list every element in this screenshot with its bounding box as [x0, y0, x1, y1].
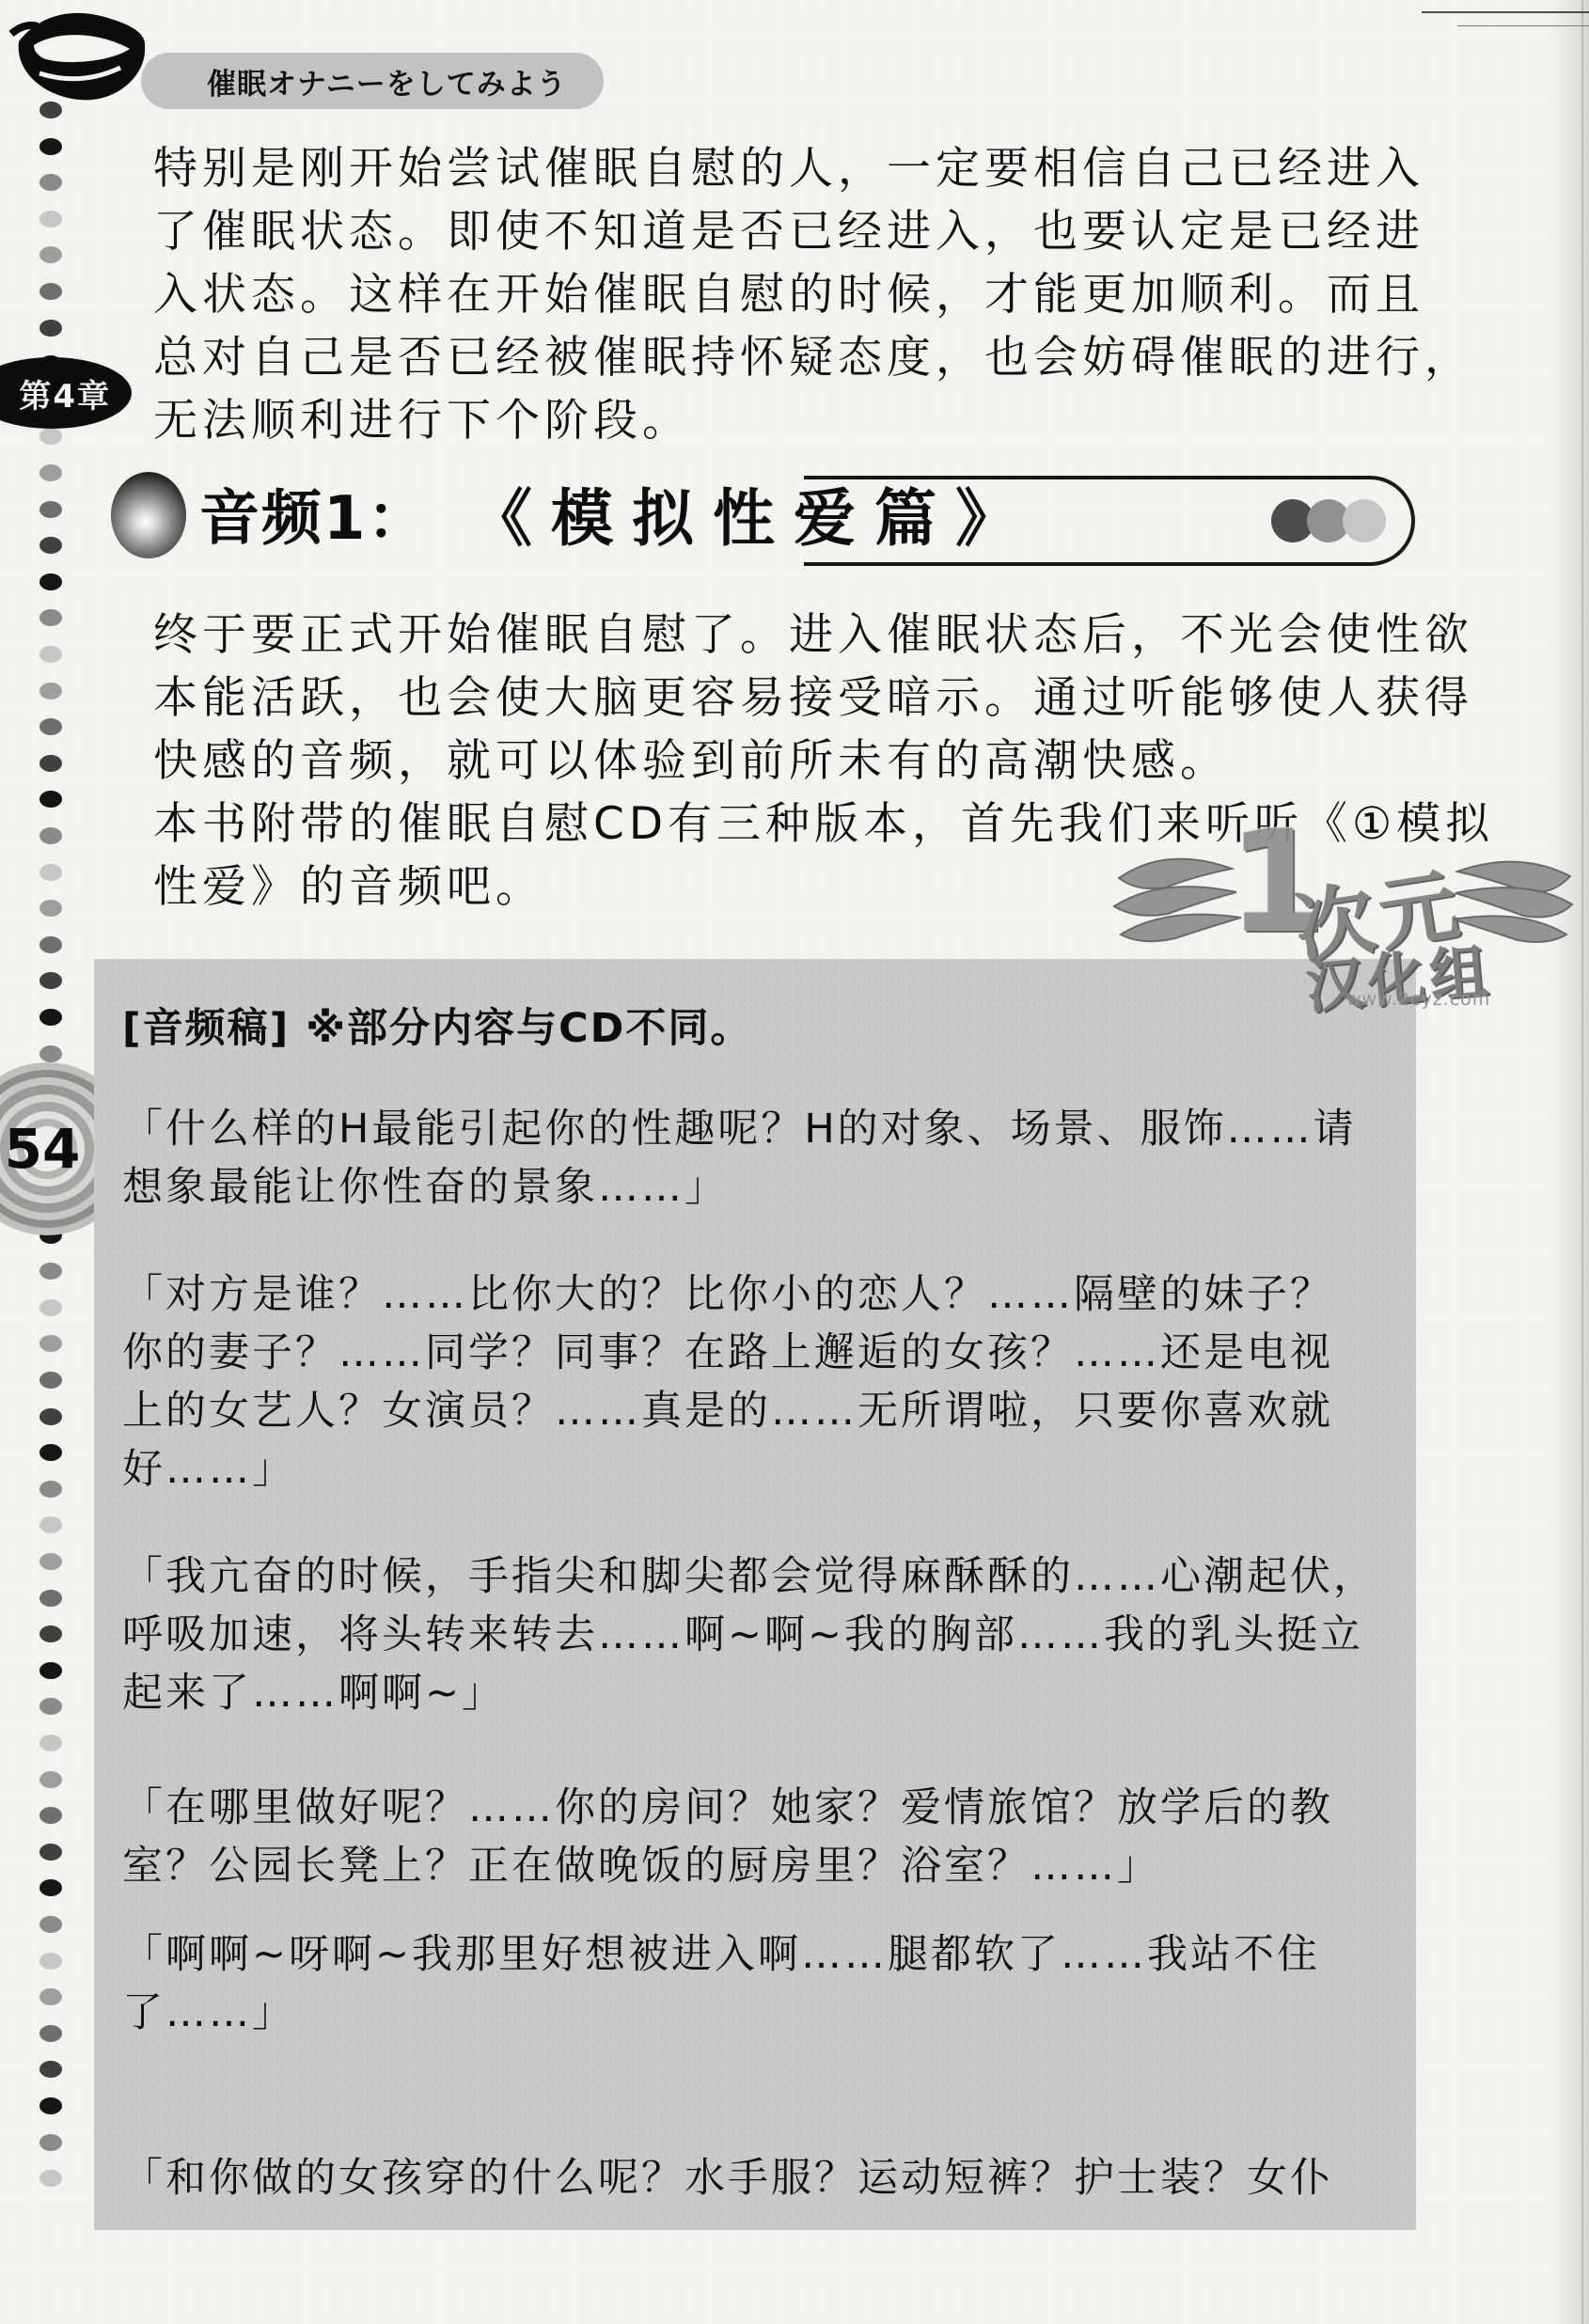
dot: [39, 1698, 62, 1715]
body-line: 快感的音频，就可以体验到前所未有的高潮快感。: [153, 730, 1507, 793]
dot: [39, 1045, 62, 1062]
audio-box-label: [音频稿] ※部分内容与CD不同。: [122, 997, 752, 1054]
dot: [39, 211, 62, 228]
quote-line: 好……」: [122, 1440, 1401, 1499]
scan-artifact-line: [1457, 25, 1589, 26]
dot: [39, 1625, 62, 1642]
dot: [39, 2134, 62, 2151]
dot: [39, 1299, 62, 1316]
quote-line: 室？公园长凳上？正在做晚饭的厨房里？浴室？……」: [122, 1837, 1401, 1895]
dot: [39, 428, 62, 445]
dot: [39, 683, 62, 699]
dot: [39, 283, 62, 300]
audio-quote: 「和你做的女孩穿的什么呢？水手服？运动短裤？护士装？女仆: [122, 2149, 1401, 2207]
dot: [39, 102, 62, 118]
dot: [39, 2061, 62, 2078]
body-line: 终于要正式开始催眠自慰了。进入催眠状态后，不光会使性欲: [153, 604, 1507, 667]
dot: [39, 1553, 62, 1570]
quote-line: 了……」: [122, 1984, 1401, 2042]
chapter-blob: 第4章: [0, 357, 132, 429]
dot: [39, 2025, 62, 2042]
audio-quote: 「在哪里做好呢？……你的房间？她家？爱情旅馆？放学后的教 室？公园长凳上？正在做…: [122, 1779, 1401, 1895]
header-banner: 催眠オナニーをしてみよう: [141, 53, 604, 109]
dot: [39, 936, 62, 953]
scan-edge-line: [1581, 0, 1583, 2324]
dot: [39, 900, 62, 917]
audio-quote: 「什么样的H最能引起你的性趣呢？H的对象、场景、服饰……请 想象最能让你性奋的景…: [122, 1100, 1401, 1217]
dot: [39, 464, 62, 481]
dot: [39, 1263, 62, 1280]
dot: [39, 320, 62, 337]
dot: [39, 864, 62, 881]
dot: [39, 609, 62, 626]
dot: [39, 718, 62, 735]
dot: [39, 1879, 62, 1896]
quote-line: 「和你做的女孩穿的什么呢？水手服？运动短裤？护士装？女仆: [122, 2149, 1401, 2207]
section-title-name: 《模拟性爱篇》: [470, 468, 1036, 557]
quote-line: 起来了……啊啊~」: [122, 1664, 1401, 1722]
quote-line: 「在哪里做好呢？……你的房间？她家？爱情旅馆？放学后的教: [122, 1779, 1401, 1837]
dot: [39, 755, 62, 772]
dot: [39, 1916, 62, 1933]
dot: [39, 1590, 62, 1607]
audio-quote: 「我亢奋的时候，手指尖和脚尖都会觉得麻酥酥的……心潮起伏， 呼吸加速，将头转来转…: [122, 1547, 1401, 1722]
dot: [39, 1372, 62, 1389]
intro-line: 入状态。这样在开始催眠自慰的时候，才能更加顺利。而且: [153, 263, 1507, 326]
dot: [39, 138, 62, 155]
dot: [39, 1771, 62, 1788]
dot: [39, 246, 62, 263]
section-title-prefix: 音频1：: [199, 470, 430, 557]
scanned-page: 催眠オナニーをしてみよう 第4章 54 特别是刚开始尝试催眠自慰的人，一定要相信…: [0, 0, 1589, 2324]
dot: [39, 1408, 62, 1425]
dot: [39, 1735, 62, 1751]
dot: [39, 1444, 62, 1461]
pill-circle-light: [1343, 499, 1386, 542]
dot: [39, 1335, 62, 1352]
quote-line: 呼吸加速，将头转来转去……啊~啊~我的胸部……我的乳头挺立: [122, 1606, 1401, 1664]
dot: [39, 501, 62, 518]
page-number: 54: [5, 1117, 90, 1181]
dot: [39, 537, 62, 554]
dot: [39, 2097, 62, 2114]
audio-script-box: [音频稿] ※部分内容与CD不同。 「什么样的H最能引起你的性趣呢？H的对象、场…: [94, 959, 1416, 2230]
watermark-url: www.2cyz.com: [1346, 989, 1490, 1010]
chapter-label: 第4章: [19, 370, 111, 416]
dot: [39, 972, 62, 989]
quote-line: 上的女艺人？女演员？……真是的……无所谓啦，只要你喜欢就: [122, 1382, 1401, 1440]
dot: [39, 174, 62, 191]
dot: [39, 1953, 62, 1970]
audio-quote: 「啊啊~呀啊~我那里好想被进入啊……腿都软了……我站不住 了……」: [122, 1925, 1401, 2042]
header-banner-label: 催眠オナニーをしてみよう: [207, 60, 567, 102]
intro-line: 总对自己是否已经被催眠持怀疑态度，也会妨碍催眠的进行，: [153, 326, 1507, 389]
intro-paragraph: 特别是刚开始尝试催眠自慰的人，一定要相信自己已经进入 了催眠状态。即使不知道是否…: [153, 137, 1507, 452]
quote-line: 「什么样的H最能引起你的性趣呢？H的对象、场景、服饰……请: [122, 1100, 1401, 1158]
dot: [39, 573, 62, 590]
intro-line: 了催眠状态。即使不知道是否已经进入，也要认定是已经进: [153, 200, 1507, 263]
quote-line: 你的妻子？……同学？同事？在路上邂逅的女孩？……还是电视: [122, 1324, 1401, 1382]
dot: [39, 827, 62, 844]
sphere-bullet-icon: [111, 472, 186, 558]
dot: [39, 1662, 62, 1679]
dot: [39, 1516, 62, 1533]
dot: [39, 1807, 62, 1824]
body-line: 本能活跃，也会使大脑更容易接受暗示。通过听能够使人获得: [153, 667, 1507, 730]
dot: [39, 1844, 62, 1861]
quote-line: 「对方是谁？……比你大的？比你小的恋人？……隔壁的妹子？: [122, 1265, 1401, 1324]
intro-line: 无法顺利进行下个阶段。: [153, 389, 1507, 452]
quote-line: 想象最能让你性奋的景象……」: [122, 1158, 1401, 1217]
audio-quote: 「对方是谁？……比你大的？比你小的恋人？……隔壁的妹子？ 你的妻子？……同学？同…: [122, 1265, 1401, 1499]
intro-line: 特别是刚开始尝试催眠自慰的人，一定要相信自己已经进入: [153, 137, 1507, 200]
quote-line: 「啊啊~呀啊~我那里好想被进入啊……腿都软了……我站不住: [122, 1925, 1401, 1984]
dot: [39, 791, 62, 808]
dot: [39, 1988, 62, 2005]
dot: [39, 1009, 62, 1026]
dot: [39, 2170, 62, 2187]
translation-group-watermark: 1 次元 汉化组 www.2cyz.com: [1109, 816, 1570, 1018]
dot: [39, 1481, 62, 1498]
dot: [39, 646, 62, 663]
quote-line: 「我亢奋的时候，手指尖和脚尖都会觉得麻酥酥的……心潮起伏，: [122, 1547, 1401, 1606]
scan-artifact-line: [1422, 11, 1589, 13]
